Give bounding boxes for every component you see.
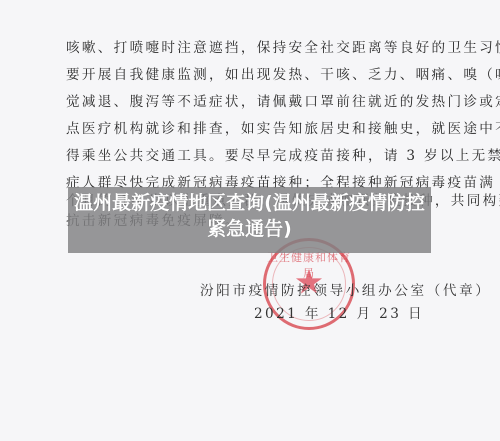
banner-title: 温州最新疫情地区查询(温州最新疫情防控紧急通告): [68, 190, 431, 242]
document-page: 咳嗽、打喷嚏时注意遮挡，保持安全社交距离等良好的卫生习惯。 要开展自我健康监测，…: [0, 0, 500, 441]
title-banner: 温州最新疫情地区查询(温州最新疫情防控紧急通告): [68, 187, 431, 253]
issue-date: 2021 年 12 月 23 日: [254, 302, 424, 322]
body-line: 咳嗽、打喷嚏时注意遮挡，保持安全社交距离等良好的卫生习惯。: [66, 40, 500, 56]
issuer-signature: 汾阳市疫情防控领导小组办公室（代章）: [200, 279, 492, 299]
body-line: 点医疗机构就诊和排查，如实告知旅居史和接触史，就医途中不: [66, 121, 500, 137]
body-line: 要开展自我健康监测，如出现发热、干咳、乏力、咽痛、嗅（味）: [66, 67, 500, 83]
body-line: 得乘坐公共交通工具。要尽早完成疫苗接种，请 3 岁以上无禁忌: [66, 148, 500, 164]
body-line: 觉减退、腹泻等不适症状，请佩戴口罩前往就近的发热门诊或定: [66, 94, 500, 110]
